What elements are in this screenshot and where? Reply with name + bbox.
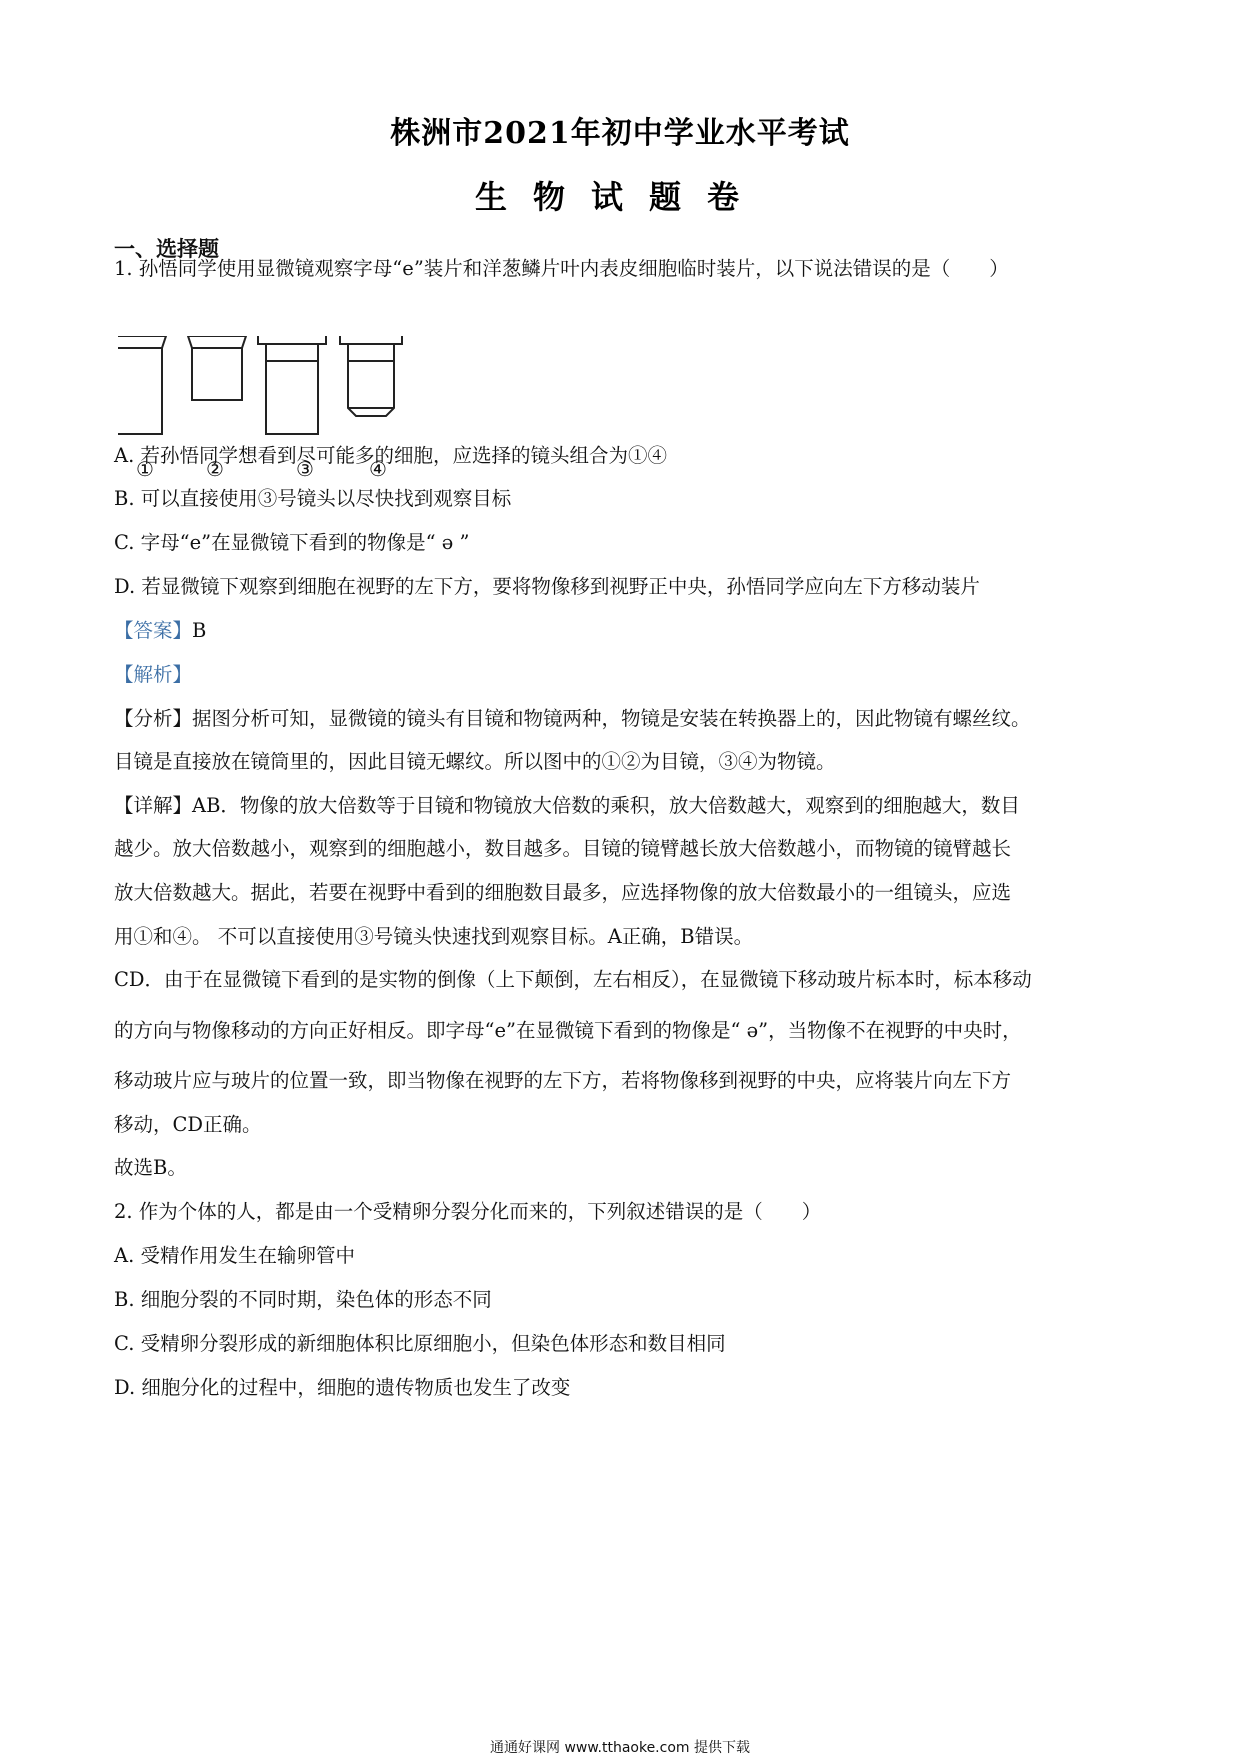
question-2-stem: 2. 作为个体的人，都是由一个受精卵分裂分化而来的，下列叙述错误的是（ ） xyxy=(114,1202,821,1222)
xiangjie-line-4: 用①和④。 不可以直接使用③号镜头快速找到观察目标。A正确，B错误。 xyxy=(114,927,753,947)
analysis-label: 【解析】 xyxy=(114,665,192,685)
exam-subtitle: 生物试题卷 xyxy=(0,172,1240,218)
xiangjie-line-8: 移动，CD正确。 xyxy=(114,1115,262,1135)
q1-option-c: C. 字母“e”在显微镜下看到的物像是“ ə ” xyxy=(114,533,469,553)
exam-title: 株洲市2021年初中学业水平考试 xyxy=(0,108,1240,152)
xiangjie-line-2: 越少。放大倍数越小，观察到的细胞越小，数目越多。目镜的镜臂越长放大倍数越小，而物… xyxy=(114,839,1011,859)
objective-short-icon xyxy=(340,336,402,416)
xiangjie-line-7: 移动玻片应与玻片的位置一致，即当物像在视野的左下方，若将物像移到视野的中央，应将… xyxy=(114,1071,1011,1091)
answer-value: B xyxy=(192,619,206,642)
fenxi-line-1: 【分析】据图分析可知，显微镜的镜头有目镜和物镜两种，物镜是安装在转换器上的，因此… xyxy=(114,709,1031,729)
xiangjie-text: AB．物像的放大倍数等于目镜和物镜放大倍数的乘积，放大倍数越大，观察到的细胞越大… xyxy=(192,794,1020,817)
xiangjie-line-6: 的方向与物像移动的方向正好相反。即字母“e”在显微镜下看到的物像是“ ə”，当物… xyxy=(114,1021,1022,1041)
exam-page: 株洲市2021年初中学业水平考试 生物试题卷 一、选择题 1. 孙悟同学使用显微… xyxy=(0,0,1240,1754)
question-1-stem: 1. 孙悟同学使用显微镜观察字母“e”装片和洋葱鳞片叶内表皮细胞临时装片，以下说… xyxy=(114,259,1009,279)
q2-option-d: D. 细胞分化的过程中，细胞的遗传物质也发生了改变 xyxy=(114,1378,570,1398)
page-footer: 通通好课网 www.tthaoke.com 提供下载 xyxy=(0,1737,1240,1754)
objective-long-icon xyxy=(258,336,326,434)
xiangjie-line-1: 【详解】AB．物像的放大倍数等于目镜和物镜放大倍数的乘积，放大倍数越大，观察到的… xyxy=(114,796,1020,816)
q1-conclusion: 故选B。 xyxy=(114,1158,187,1178)
answer-label: 【答案】 xyxy=(114,619,192,642)
fenxi-line-2: 目镜是直接放在镜筒里的，因此目镜无螺纹。所以图中的①②为目镜，③④为物镜。 xyxy=(114,752,836,772)
q1-answer: 【答案】B xyxy=(114,621,206,641)
fenxi-label: 【分析】 xyxy=(114,707,192,730)
q2-option-b: B. 细胞分裂的不同时期，染色体的形态不同 xyxy=(114,1290,492,1310)
xiangjie-label: 【详解】 xyxy=(114,794,192,817)
q2-option-c: C. 受精卵分裂形成的新细胞体积比原细胞小，但染色体形态和数目相同 xyxy=(114,1334,726,1354)
q1-option-d: D. 若显微镜下观察到细胞在视野的左下方，要将物像移到视野正中央，孙悟同学应向左… xyxy=(114,577,980,597)
xiangjie-line-3: 放大倍数越大。据此，若要在视野中看到的细胞数目最多，应选择物像的放大倍数最小的一… xyxy=(114,883,1011,903)
eyepiece-long-icon xyxy=(118,336,166,434)
xiangjie-line-5: CD．由于在显微镜下看到的是实物的倒像（上下颠倒，左右相反），在显微镜下移动玻片… xyxy=(114,970,1032,990)
eyepiece-short-icon xyxy=(188,336,246,400)
q1-option-b: B. 可以直接使用③号镜头以尽快找到观察目标 xyxy=(114,489,511,509)
fenxi-text: 据图分析可知，显微镜的镜头有目镜和物镜两种，物镜是安装在转换器上的，因此物镜有螺… xyxy=(192,707,1031,730)
q2-option-a: A. 受精作用发生在输卵管中 xyxy=(114,1246,355,1266)
q1-option-a: A. 若孙悟同学想看到尽可能多的细胞，应选择的镜头组合为①④ xyxy=(114,446,667,466)
